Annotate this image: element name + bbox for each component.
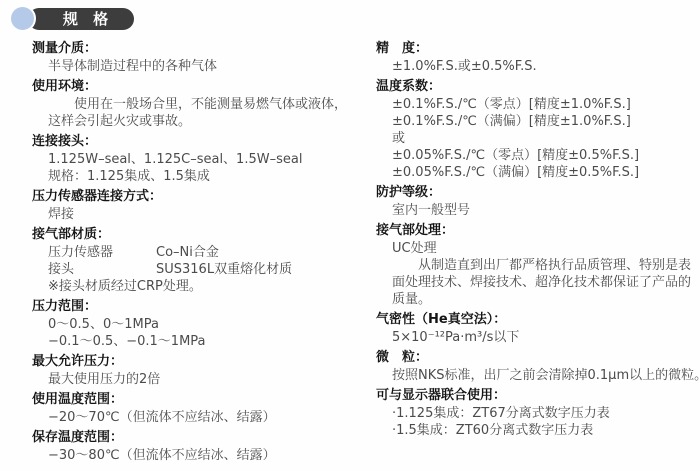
spec-heading: 气密性（He真空法）： [376,311,700,329]
spec-line: 最大使用压力的2倍 [32,371,337,388]
page-title: 规 格 [28,8,134,30]
section-storage-temperature-range: 保存温度范围： −30～80℃（但流体不应结冰、结露） [32,429,337,464]
spec-line: −0.1～0.5、−0.1～1MPa [32,333,337,350]
spec-line: 半导体制造过程中的各种气体 [32,58,337,75]
spec-line: 焊接 [32,206,337,223]
spec-line: 5×10⁻¹²Pa·m³/s以下 [376,329,700,346]
spec-line: 规格：1.125集成、1.5集成 [32,168,337,185]
spec-line: 1.125W–seal、1.125C–seal、1.5W–seal [32,151,337,168]
spec-line: 或 [376,130,700,147]
section-operating-temperature-range: 使用温度范围： −20～70℃（但流体不应结冰、结露） [32,391,337,426]
section-compatible-displays: 可与显示器联合使用： ·1.125集成：ZT67分离式数字压力表 ·1.5集成：… [376,387,700,439]
spec-line: ±0.05%F.S./℃（满偏）[精度±0.5%F.S.] [376,164,700,181]
spec-columns: 测量介质： 半导体制造过程中的各种气体 使用环境： 使用在一般场合里，不能测量易… [0,36,700,471]
section-particles: 微 粒： 按照NKS标准，出厂之前会清除掉0.1μm以上的微粒。 [376,349,700,384]
spec-heading: 防护等级： [376,184,700,202]
section-air-tightness: 气密性（He真空法）： 5×10⁻¹²Pa·m³/s以下 [376,311,700,346]
section-protection-rating: 防护等级： 室内一般型号 [376,184,700,219]
section-operating-environment: 使用环境： 使用在一般场合里，不能测量易燃气体或液体， 这样会引起火灾或事故。 [32,78,337,130]
section-pressure-range: 压力范围： 0～0.5、0～1MPa −0.1～0.5、−0.1～1MPa [32,298,337,350]
spec-sheet-page: 规 格 测量介质： 半导体制造过程中的各种气体 使用环境： 使用在一般场合里，不… [0,0,700,471]
spec-heading: 使用环境： [32,78,337,96]
spec-line: ·1.5集成：ZT60分离式数字压力表 [376,422,700,439]
spec-line: 这样会引起火灾或事故。 [32,113,337,130]
material-label: 压力传感器 [48,244,156,261]
spec-heading: 精 度： [376,40,700,58]
spec-heading: 保存温度范围： [32,429,337,447]
spec-line: ±0.05%F.S./℃（零点）[精度±0.5%F.S.] [376,147,700,164]
spec-line: 面处理技术、焊接技术、超净化技术都保证了产品的 [376,274,700,291]
spec-line: 使用在一般场合里，不能测量易燃气体或液体， [32,96,337,113]
material-value: SUS316L双重熔化材质 [156,261,337,278]
spec-heading: 微 粒： [376,349,700,367]
spec-heading: 接气部处理： [376,222,700,240]
spec-line: 室内一般型号 [376,202,700,219]
spec-line: UC处理 [376,240,700,257]
spec-heading: 可与显示器联合使用： [376,387,700,405]
material-value: Co–Ni合金 [156,244,337,261]
left-column: 测量介质： 半导体制造过程中的各种气体 使用环境： 使用在一般场合里，不能测量易… [0,36,345,471]
material-label: 接头 [48,261,156,278]
material-row: 接头 SUS316L双重熔化材质 [32,261,337,278]
spec-heading: 测量介质： [32,40,337,58]
section-measuring-medium: 测量介质： 半导体制造过程中的各种气体 [32,40,337,75]
spec-heading: 压力传感器连接方式： [32,188,337,206]
material-row: 压力传感器 Co–Ni合金 [32,244,337,261]
spec-line: −20～70℃（但流体不应结冰、结露） [32,409,337,426]
accent-circle-icon [9,5,36,32]
spec-line: 按照NKS标准，出厂之前会清除掉0.1μm以上的微粒。 [376,367,700,384]
spec-heading: 接气部材质： [32,226,337,244]
spec-line: ±0.1%F.S./℃（满偏）[精度±1.0%F.S.] [376,113,700,130]
spec-heading: 使用温度范围： [32,391,337,409]
section-wetted-material: 接气部材质： 压力传感器 Co–Ni合金 接头 SUS316L双重熔化材质 ※接… [32,226,337,295]
spec-line: 质量。 [376,291,700,308]
spec-heading: 连接接头： [32,133,337,151]
right-column: 精 度： ±1.0%F.S.或±0.5%F.S. 温度系数： ±0.1%F.S.… [345,36,700,471]
spec-heading: 温度系数： [376,78,700,96]
spec-line: −30～80℃（但流体不应结冰、结露） [32,447,337,464]
section-wetted-part-treatment: 接气部处理： UC处理 从制造直到出厂都严格执行品质管理、特别是表 面处理技术、… [376,222,700,308]
spec-line: ±1.0%F.S.或±0.5%F.S. [376,58,700,75]
section-max-allowable-pressure: 最大允许压力： 最大使用压力的2倍 [32,353,337,388]
spec-line: 0～0.5、0～1MPa [32,316,337,333]
spec-line: ·1.125集成：ZT67分离式数字压力表 [376,405,700,422]
section-sensor-connection-method: 压力传感器连接方式： 焊接 [32,188,337,223]
spec-heading: 最大允许压力： [32,353,337,371]
section-temperature-coefficient: 温度系数： ±0.1%F.S./℃（零点）[精度±1.0%F.S.] ±0.1%… [376,78,700,181]
section-accuracy: 精 度： ±1.0%F.S.或±0.5%F.S. [376,40,700,75]
section-connection-fittings: 连接接头： 1.125W–seal、1.125C–seal、1.5W–seal … [32,133,337,185]
material-note: ※接头材质经过CRP处理。 [32,278,337,295]
spec-line: 从制造直到出厂都严格执行品质管理、特别是表 [376,257,700,274]
spec-heading: 压力范围： [32,298,337,316]
spec-line: ±0.1%F.S./℃（零点）[精度±1.0%F.S.] [376,96,700,113]
